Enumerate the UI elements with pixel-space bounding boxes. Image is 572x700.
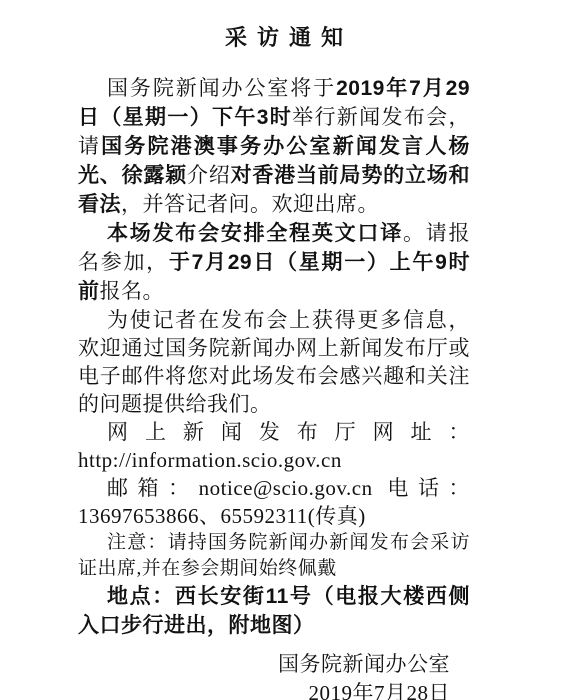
text-run: 本场发布会安排全程英文口译 — [107, 222, 403, 245]
text-run: 地点：西长安街11号（电报大楼西侧入口步行进出，附地图） — [78, 585, 470, 637]
paragraph-questions: 为使记者在发布会上获得更多信息，欢迎通过国务院新闻办网上新闻发布厅或电子邮件将您… — [78, 306, 470, 418]
text-run: ，并答记者问。欢迎出席。 — [121, 192, 379, 216]
paragraph-location: 地点：西长安街11号（电报大楼西侧入口步行进出，附地图） — [78, 582, 470, 640]
text-run: 邮箱：notice@scio.gov.cn 电话：13697653866、655… — [78, 476, 470, 528]
text-run: 注意：请持国务院新闻办新闻发布会采访证出席,并在参会期间始终佩戴 — [78, 532, 470, 579]
notice-document: 采访通知 国务院新闻办公室将于2019年7月29日（星期一）下午3时举行新闻发布… — [0, 0, 572, 700]
text-run: 为使记者在发布会上获得更多信息，欢迎通过国务院新闻办网上新闻发布厅或电子邮件将您… — [78, 308, 470, 416]
text-run: 网上新闻发布厅网址：http://information.scio.gov.cn — [78, 420, 470, 472]
paragraph-website: 网上新闻发布厅网址：http://information.scio.gov.cn — [78, 418, 470, 474]
document-title: 采访通知 — [88, 24, 480, 52]
paragraph-note: 注意：请持国务院新闻办新闻发布会采访证出席,并在参会期间始终佩戴 — [78, 530, 470, 582]
signature-date: 2019年7月28日 — [78, 679, 450, 700]
paragraph-interpretation: 本场发布会安排全程英文口译。请报名参加，于7月29日（星期一）上午9时前报名。 — [78, 219, 470, 306]
text-run: 报名。 — [100, 279, 165, 303]
paragraph-contact: 邮箱：notice@scio.gov.cn 电话：13697653866、655… — [78, 474, 470, 530]
text-run: 国务院新闻办公室将于 — [107, 76, 336, 100]
paragraph-schedule: 国务院新闻办公室将于2019年7月29日（星期一）下午3时举行新闻发布会，请国务… — [78, 74, 470, 219]
signature-org: 国务院新闻办公室 — [78, 650, 450, 679]
text-run: 介绍 — [187, 163, 231, 187]
signature-block: 国务院新闻办公室 2019年7月28日 — [78, 650, 470, 700]
